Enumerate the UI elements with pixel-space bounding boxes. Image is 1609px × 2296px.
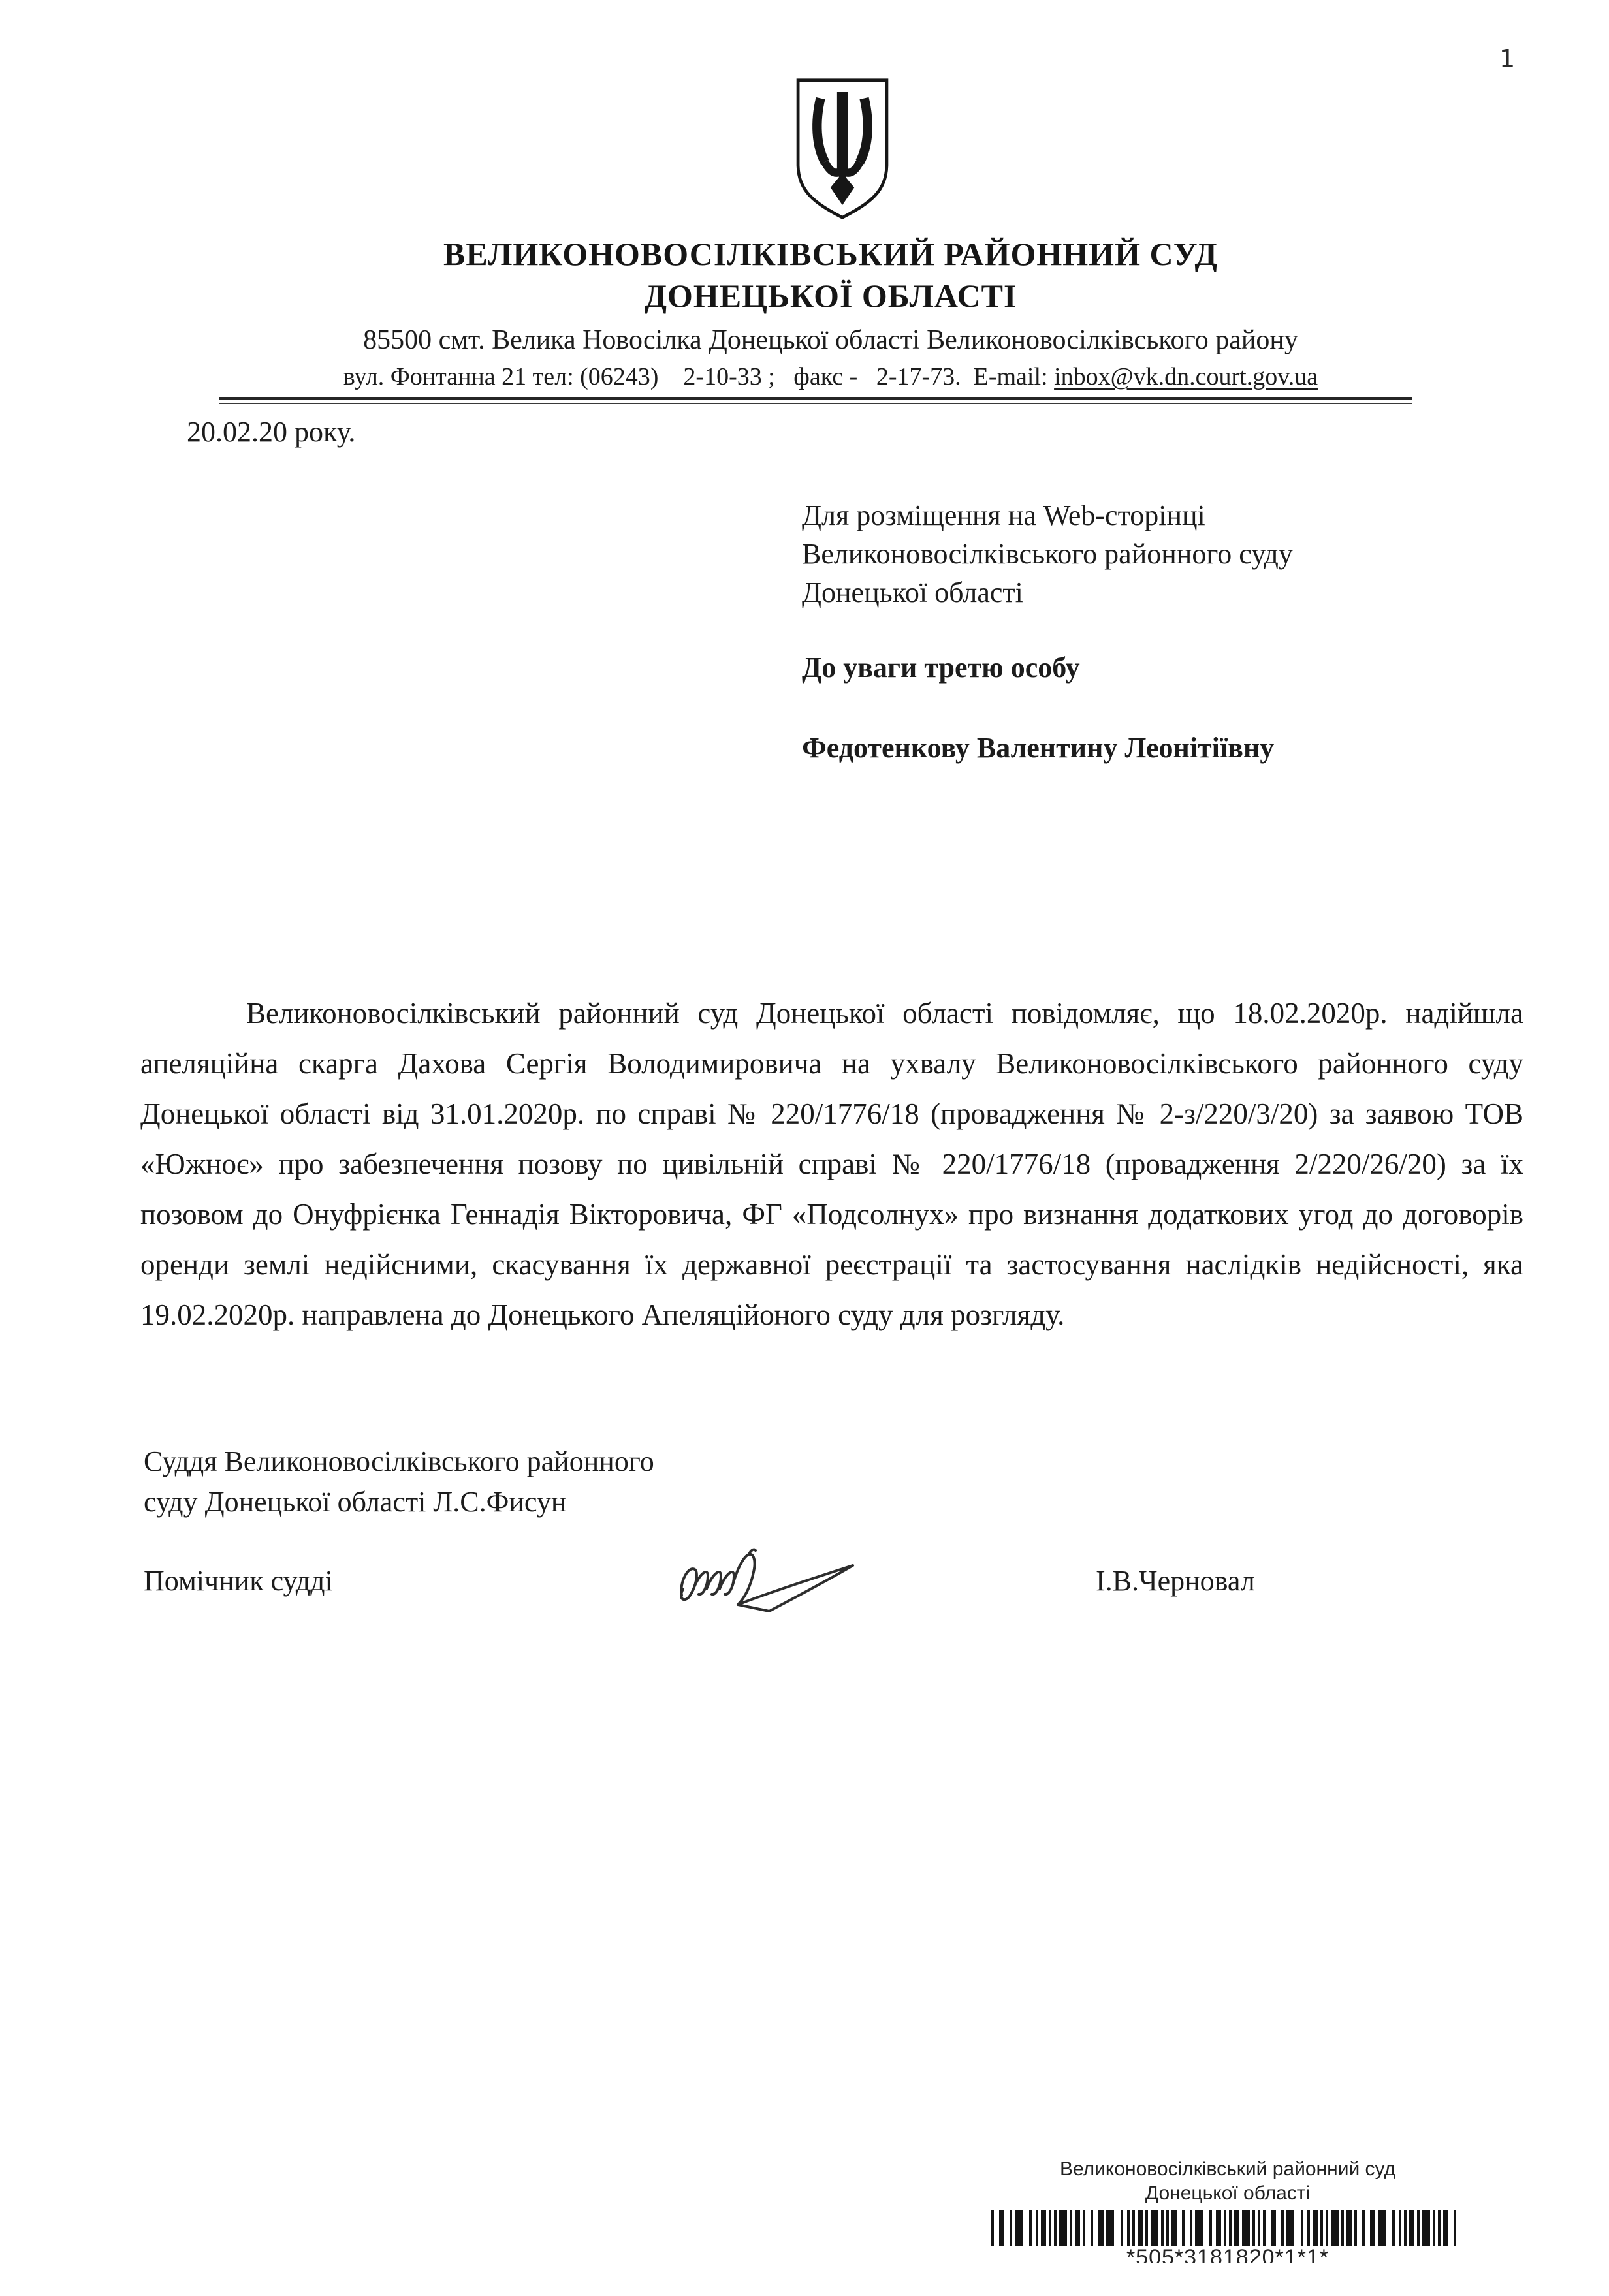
court-address: 85500 смт. Велика Новосілка Донецької об… <box>78 324 1583 356</box>
document-date: 20.02.20 року. <box>187 415 355 448</box>
handwritten-signature <box>673 1546 882 1628</box>
addressee-person: Федотенкову Валентину Леонітіївну <box>802 729 1468 767</box>
barcode-caption: *505*3181820*1*1* <box>991 2246 1464 2263</box>
scanned-court-letter-page: 1 ВЕЛИКОНОВОСІЛКІВСЬКИЙ РАЙОННИЙ СУД ДОН… <box>0 0 1609 2296</box>
addressee-block: Для розміщення на Web-сторінці Великонов… <box>802 496 1468 767</box>
ukraine-trident-emblem <box>789 77 896 224</box>
notice-paragraph: Великоновосілківський районний суд Донец… <box>140 988 1523 1340</box>
letterhead-divider <box>219 397 1412 404</box>
court-name-line2: ДОНЕЦЬКОЇ ОБЛАСТІ <box>78 275 1583 317</box>
court-contacts: вул. Фонтанна 21 тел: (06243) 2-10-33 ; … <box>78 362 1583 391</box>
contacts-text: вул. Фонтанна 21 тел: (06243) 2-10-33 ; … <box>343 363 1054 390</box>
court-name-line1: ВЕЛИКОНОВОСІЛКІВСЬКИЙ РАЙОННИЙ СУД <box>78 233 1583 275</box>
registration-stamp: Великоновосілківський районний суд Донец… <box>991 2157 1464 2263</box>
addressee-line: Для розміщення на Web-сторінці <box>802 496 1468 535</box>
attention-line: До уваги третю особу <box>802 648 1468 687</box>
court-email: inbox@vk.dn.court.gov.ua <box>1054 363 1318 390</box>
judge-signature-block: Суддя Великоновосілківського районного с… <box>144 1441 862 1522</box>
addressee-line: Донецької області <box>802 573 1468 612</box>
assistant-name: І.В.Черновал <box>1096 1564 1255 1597</box>
barcode <box>991 2210 1464 2246</box>
judge-line: Суддя Великоновосілківського районного <box>144 1441 862 1482</box>
addressee-line: Великоновосілківського районного суду <box>802 535 1468 573</box>
stamp-court-region: Донецької області <box>991 2181 1464 2205</box>
stamp-court-name: Великоновосілківський районний суд <box>991 2157 1464 2181</box>
assistant-label: Помічник судді <box>144 1564 333 1597</box>
judge-line: суду Донецької області Л.С.Фисун <box>144 1482 862 1522</box>
letterhead: ВЕЛИКОНОВОСІЛКІВСЬКИЙ РАЙОННИЙ СУД ДОНЕЦ… <box>78 77 1583 391</box>
page-number: 1 <box>1499 44 1515 73</box>
